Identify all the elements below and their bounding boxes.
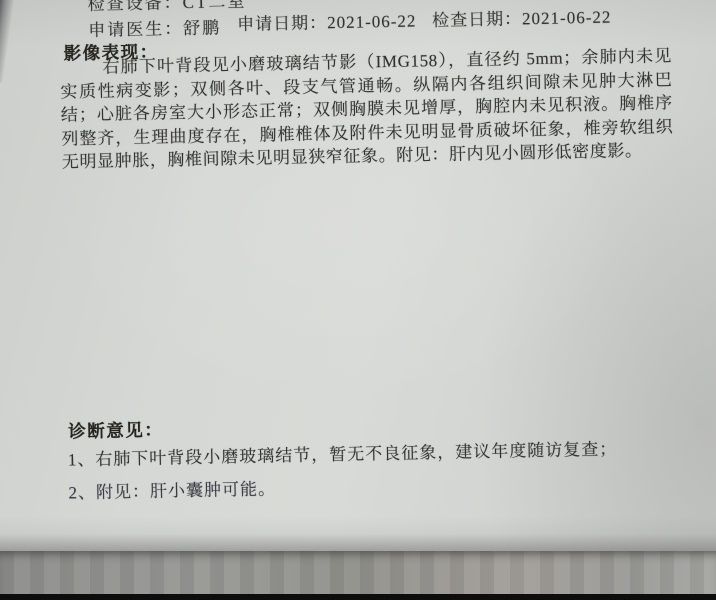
exam-date-value: 2021-06-22 <box>522 8 612 29</box>
request-doctor-line: 申请医生：舒鹏 <box>88 13 221 41</box>
device-line: 检查设备：CT二室 <box>87 0 246 15</box>
desk-edge <box>0 551 716 595</box>
exam-date-label: 检查日期： <box>432 9 522 30</box>
request-date-label: 申请日期： <box>237 13 327 34</box>
report-paper-content: 检查设备：CT二室 申请医生：舒鹏 申请日期：2021-06-22 检查日期：2… <box>0 0 716 600</box>
request-date-value: 2021-06-22 <box>327 11 417 32</box>
diagnosis-section-heading: 诊断意见： <box>68 417 163 444</box>
request-doctor-value: 舒鹏 <box>183 18 221 38</box>
device-label: 检查设备： <box>88 0 183 14</box>
exam-date-line: 检查日期：2021-06-22 <box>432 3 612 32</box>
report-photo: 检查设备：CT二室 申请医生：舒鹏 申请日期：2021-06-22 检查日期：2… <box>0 0 716 600</box>
photo-bottom-edge <box>0 594 716 600</box>
diagnosis-item: 2、附见：肝小囊肿可能。 <box>68 474 276 503</box>
request-date-line: 申请日期：2021-06-22 <box>237 6 417 35</box>
request-doctor-label: 申请医生： <box>88 19 183 40</box>
findings-body-paragraph: 右肺下叶背段见小磨玻璃结节影（IMG158），直径约 5mm；余肺内未见实质性病… <box>60 44 674 174</box>
